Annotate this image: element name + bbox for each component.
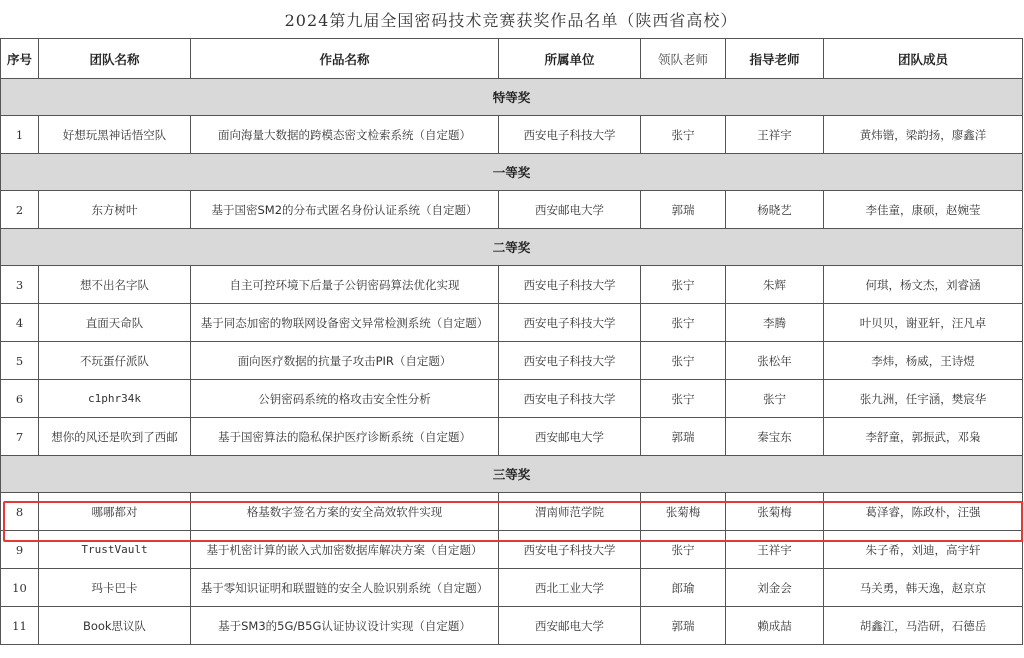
cell-members: 张九洲，任宇涵，樊宸华 <box>824 380 1023 418</box>
cell-members: 何琪，杨文杰，刘睿涵 <box>824 266 1023 304</box>
cell-unit: 西安电子科技大学 <box>499 304 641 342</box>
cell-team: 好想玩黑神话悟空队 <box>39 116 191 154</box>
cell-members: 李佳童，康硕，赵婉莹 <box>824 191 1023 229</box>
header-members: 团队成员 <box>824 39 1023 79</box>
cell-no: 6 <box>1 380 39 418</box>
section-row: 三等奖 <box>1 456 1023 493</box>
cell-unit: 西安邮电大学 <box>499 607 641 645</box>
cell-members: 朱子希，刘迪，高宇轩 <box>824 531 1023 569</box>
cell-team: 不玩蛋仔派队 <box>39 342 191 380</box>
table-row: 6c1phr34k公钥密码系统的格攻击安全性分析西安电子科技大学张宁张宁张九洲，… <box>1 380 1023 418</box>
table-row: 11Book思议队基于SM3的5G/B5G认证协议设计实现（自定题）西安邮电大学… <box>1 607 1023 645</box>
cell-leader: 张宁 <box>641 116 726 154</box>
cell-advisor: 王祥宇 <box>726 531 824 569</box>
cell-work: 基于国密算法的隐私保护医疗诊断系统（自定题） <box>191 418 499 456</box>
awards-table: 序号 团队名称 作品名称 所属单位 领队老师 指导老师 团队成员 特等奖1好想玩… <box>0 38 1023 645</box>
cell-members: 胡鑫江，马浩研，石德岳 <box>824 607 1023 645</box>
cell-members: 叶贝贝，谢亚轩，汪凡卓 <box>824 304 1023 342</box>
cell-work: 基于SM3的5G/B5G认证协议设计实现（自定题） <box>191 607 499 645</box>
cell-members: 黄炜锴，梁韵扬，廖鑫洋 <box>824 116 1023 154</box>
cell-no: 7 <box>1 418 39 456</box>
table-row: 1好想玩黑神话悟空队面向海量大数据的跨模态密文检索系统（自定题）西安电子科技大学… <box>1 116 1023 154</box>
cell-no: 11 <box>1 607 39 645</box>
cell-members: 李舒童，郭振武，邓枭 <box>824 418 1023 456</box>
table-row-highlighted: 8哪哪都对格基数字签名方案的安全高效软件实现渭南师范学院张菊梅张菊梅葛泽睿，陈政… <box>1 493 1023 531</box>
cell-team: 哪哪都对 <box>39 493 191 531</box>
cell-work: 公钥密码系统的格攻击安全性分析 <box>191 380 499 418</box>
cell-team: TrustVault <box>39 531 191 569</box>
cell-unit: 西安电子科技大学 <box>499 531 641 569</box>
section-row: 一等奖 <box>1 154 1023 191</box>
cell-work: 基于零知识证明和联盟链的安全人脸识别系统（自定题） <box>191 569 499 607</box>
table-row: 10玛卡巴卡基于零知识证明和联盟链的安全人脸识别系统（自定题）西北工业大学郎瑜刘… <box>1 569 1023 607</box>
document-title: 2024第九届全国密码技术竞赛获奖作品名单（陕西省高校） <box>0 0 1022 38</box>
cell-leader: 郭瑞 <box>641 418 726 456</box>
cell-leader: 郭瑞 <box>641 191 726 229</box>
cell-advisor: 秦宝东 <box>726 418 824 456</box>
cell-unit: 渭南师范学院 <box>499 493 641 531</box>
section-row: 特等奖 <box>1 79 1023 116</box>
header-team: 团队名称 <box>39 39 191 79</box>
cell-no: 9 <box>1 531 39 569</box>
cell-leader: 张宁 <box>641 380 726 418</box>
table-row: 3想不出名字队自主可控环境下后量子公钥密码算法优化实现西安电子科技大学张宁朱辉何… <box>1 266 1023 304</box>
cell-advisor: 杨晓艺 <box>726 191 824 229</box>
header-no: 序号 <box>1 39 39 79</box>
cell-work: 基于同态加密的物联网设备密文异常检测系统（自定题） <box>191 304 499 342</box>
section-title: 三等奖 <box>1 456 1023 493</box>
cell-team: 直面天命队 <box>39 304 191 342</box>
cell-advisor: 王祥宇 <box>726 116 824 154</box>
header-work: 作品名称 <box>191 39 499 79</box>
section-title: 二等奖 <box>1 229 1023 266</box>
table-row: 7想你的风还是吹到了西邮基于国密算法的隐私保护医疗诊断系统（自定题）西安邮电大学… <box>1 418 1023 456</box>
cell-leader: 张宁 <box>641 266 726 304</box>
cell-no: 3 <box>1 266 39 304</box>
cell-advisor: 张菊梅 <box>726 493 824 531</box>
cell-unit: 西北工业大学 <box>499 569 641 607</box>
section-title: 一等奖 <box>1 154 1023 191</box>
cell-members: 李炜，杨威，王诗煜 <box>824 342 1023 380</box>
cell-advisor: 赖成喆 <box>726 607 824 645</box>
table-row: 4直面天命队基于同态加密的物联网设备密文异常检测系统（自定题）西安电子科技大学张… <box>1 304 1023 342</box>
cell-members: 马关勇，韩天逸，赵京京 <box>824 569 1023 607</box>
cell-no: 5 <box>1 342 39 380</box>
cell-leader: 郭瑞 <box>641 607 726 645</box>
cell-unit: 西安电子科技大学 <box>499 342 641 380</box>
cell-advisor: 刘金会 <box>726 569 824 607</box>
cell-advisor: 张松年 <box>726 342 824 380</box>
cell-unit: 西安电子科技大学 <box>499 266 641 304</box>
cell-no: 4 <box>1 304 39 342</box>
cell-no: 8 <box>1 493 39 531</box>
cell-unit: 西安邮电大学 <box>499 418 641 456</box>
header-advisor: 指导老师 <box>726 39 824 79</box>
table-row: 9TrustVault基于机密计算的嵌入式加密数据库解决方案（自定题）西安电子科… <box>1 531 1023 569</box>
cell-advisor: 朱辉 <box>726 266 824 304</box>
cell-team: 玛卡巴卡 <box>39 569 191 607</box>
cell-team: 想你的风还是吹到了西邮 <box>39 418 191 456</box>
section-title: 特等奖 <box>1 79 1023 116</box>
cell-members: 葛泽睿，陈政朴，汪强 <box>824 493 1023 531</box>
cell-work: 基于机密计算的嵌入式加密数据库解决方案（自定题） <box>191 531 499 569</box>
header-leader: 领队老师 <box>641 39 726 79</box>
cell-work: 面向医疗数据的抗量子攻击PIR（自定题） <box>191 342 499 380</box>
cell-work: 自主可控环境下后量子公钥密码算法优化实现 <box>191 266 499 304</box>
cell-no: 1 <box>1 116 39 154</box>
cell-leader: 张宁 <box>641 304 726 342</box>
cell-work: 面向海量大数据的跨模态密文检索系统（自定题） <box>191 116 499 154</box>
cell-leader: 张宁 <box>641 531 726 569</box>
cell-no: 10 <box>1 569 39 607</box>
header-unit: 所属单位 <box>499 39 641 79</box>
cell-team: 想不出名字队 <box>39 266 191 304</box>
cell-unit: 西安邮电大学 <box>499 191 641 229</box>
cell-team: Book思议队 <box>39 607 191 645</box>
section-row: 二等奖 <box>1 229 1023 266</box>
table-row: 5不玩蛋仔派队面向医疗数据的抗量子攻击PIR（自定题）西安电子科技大学张宁张松年… <box>1 342 1023 380</box>
header-row: 序号 团队名称 作品名称 所属单位 领队老师 指导老师 团队成员 <box>1 39 1023 79</box>
cell-team: 东方树叶 <box>39 191 191 229</box>
cell-leader: 张宁 <box>641 342 726 380</box>
cell-unit: 西安电子科技大学 <box>499 116 641 154</box>
cell-advisor: 李腾 <box>726 304 824 342</box>
cell-team: c1phr34k <box>39 380 191 418</box>
cell-unit: 西安电子科技大学 <box>499 380 641 418</box>
cell-work: 格基数字签名方案的安全高效软件实现 <box>191 493 499 531</box>
cell-leader: 张菊梅 <box>641 493 726 531</box>
cell-work: 基于国密SM2的分布式匿名身份认证系统（自定题） <box>191 191 499 229</box>
cell-advisor: 张宁 <box>726 380 824 418</box>
table-row: 2东方树叶基于国密SM2的分布式匿名身份认证系统（自定题）西安邮电大学郭瑞杨晓艺… <box>1 191 1023 229</box>
cell-no: 2 <box>1 191 39 229</box>
cell-leader: 郎瑜 <box>641 569 726 607</box>
